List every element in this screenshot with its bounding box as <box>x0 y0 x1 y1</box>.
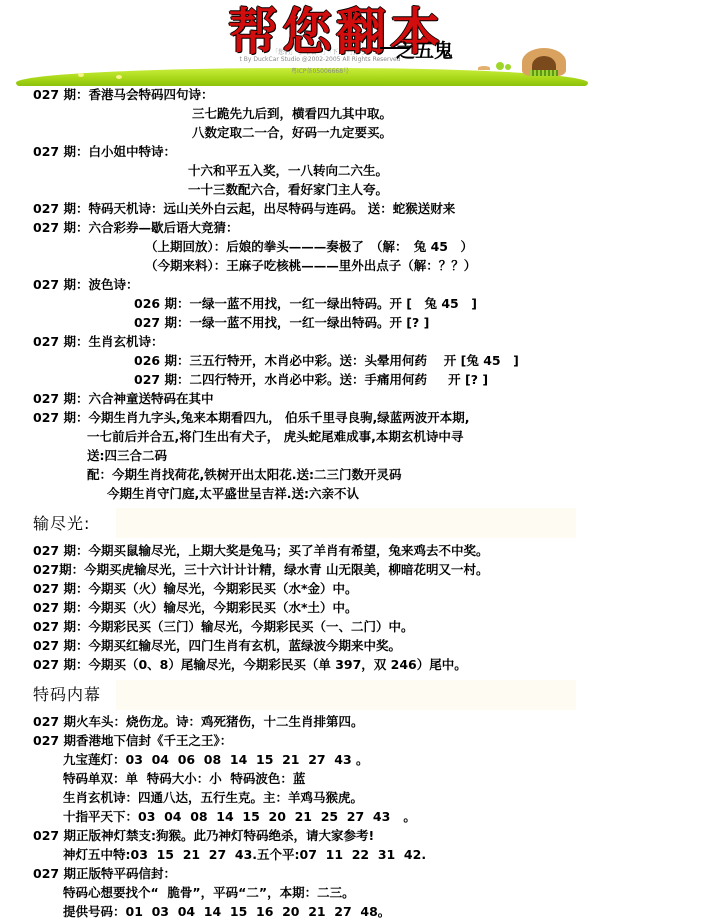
flower-icon <box>78 73 84 77</box>
text-line: 027 期正版神灯禁支:狗猴。此乃神灯特码绝杀，请大家参考! <box>33 827 374 845</box>
text-line: 一七前后并合五,将门生出有犬子， 虎头蛇尾难成事,本期玄机诗中寻 <box>87 428 463 446</box>
text-line: 027 期：特码天机诗：远山关外白云起，出尽特码与连码。 送：蛇猴送财来 <box>33 200 455 218</box>
text-line: 配：今期生肖找荷花,铁树开出太阳花.送:二三门数开灵码 <box>87 466 402 484</box>
text-line: 027 期正版特平码信封： <box>33 865 176 883</box>
text-line: 027 期：今期买（0、8）尾输尽光，今期彩民买（单 397，双 246）尾中。 <box>33 656 467 674</box>
text-line: 027期：今期买虎输尽光，三十六计计计精，绿水青 山无限美，柳暗花明又一村。 <box>33 561 488 579</box>
text-line: 生肖玄机诗：四通八达，五行生克。主：羊鸡马猴虎。 <box>63 789 363 807</box>
text-line: 八数定取二一合，好码一九定要买。 <box>192 124 392 142</box>
banner-subtitle: 之五鬼 <box>396 36 453 63</box>
text-line: （上期回放）：后娘的拳头———奏极了 （解： 兔 45 ） <box>145 238 473 256</box>
text-line: 十六和平五入奖，一八转向二六生。 <box>188 162 388 180</box>
text-line: 027 期：白小姐中特诗： <box>33 143 176 161</box>
text-line: 送:四三合二码 <box>87 447 167 465</box>
tree-icon <box>505 64 511 70</box>
text-line: 027 期：二四行特开，水肖必中彩。送：手痛用何药 开 [? ] <box>134 371 488 389</box>
text-line: （今期来料）：王麻子吃核桃———里外出点子（解：？？） <box>145 257 476 275</box>
text-line: 027 期：今期彩民买（三门）输尽光，今期彩民买（一、二门）中。 <box>33 618 413 636</box>
text-line: 026 期：三五行特开，木肖必中彩。送：头晕用何药 开 [兔 45 ] <box>134 352 519 370</box>
text-line: 027 期：波色诗： <box>33 276 138 294</box>
text-line: 026 期：一绿一蓝不用找，一红一绿出特码。开 [ 兔 45 ] <box>134 295 477 313</box>
bear-house-icon <box>516 48 572 78</box>
text-line: 027 期：一绿一蓝不用找，一红一绿出特码。开 [? ] <box>134 314 429 332</box>
text-line: 027 期火车头：烧伤龙。诗：鸡死猪伤，十二生肖排第四。 <box>33 713 363 731</box>
text-line: 027 期：今期买红输尽光，四门生肖有玄机，蓝绿波今期来中奖。 <box>33 637 401 655</box>
text-line: 027 期：六合彩券—歇后语大竞猜： <box>33 219 238 237</box>
text-line: 九宝莲灯：03 04 06 08 14 15 21 27 43 。 <box>63 751 369 769</box>
section-band-lose <box>116 508 576 538</box>
text-line: 十指平天下：03 04 08 14 15 20 21 25 27 43 。 <box>63 808 416 826</box>
header-banner: 「您们」「」事备「」「下」」「」」「」 t By DuckCar Studio … <box>0 0 600 88</box>
text-line: 一十三数配六合，看好家门主人夸。 <box>188 181 388 199</box>
text-line: 特码单双：单 特码大小：小 特码波色：蓝 <box>63 770 305 788</box>
mushroom-icon <box>478 66 490 70</box>
text-line: 027 期：生肖玄机诗： <box>33 333 163 351</box>
flower-icon <box>116 75 122 79</box>
text-line: 提供号码：01 03 04 14 15 16 20 21 27 48。 <box>63 903 390 921</box>
text-line: 今期生肖守门庭,太平盛世呈吉祥.送:六亲不认 <box>107 485 359 503</box>
text-line: 027 期香港地下信封《千王之王》： <box>33 732 232 750</box>
text-line: 027 期：今期买（火）输尽光，今期彩民买（水*金）中。 <box>33 580 357 598</box>
text-line: 027 期：今期生肖九字头,兔来本期看四九， 伯乐千里寻良驹,绿蓝两波开本期, <box>33 409 470 427</box>
text-line: 027 期：六合神童送特码在其中 <box>33 390 213 408</box>
text-line: 三七跪先九后到，横看四九其中取。 <box>192 105 392 123</box>
text-line: 027 期：香港马会特码四句诗： <box>33 86 213 104</box>
text-line: 神灯五中特:03 15 21 27 43.五个平:07 11 22 31 42. <box>63 846 426 864</box>
section-band-inside <box>116 680 576 710</box>
tree-icon <box>496 62 504 70</box>
text-line: 027 期：今期买鼠输尽光，上期大奖是兔马；买了羊肖有希望，兔来鸡去不中奖。 <box>33 542 488 560</box>
section-heading-inside: 特码内幕 <box>33 685 101 705</box>
section-heading-lose: 输尽光: <box>33 514 90 534</box>
text-line: 特码心想要找个“ 脆骨”，平码“二”，本期：二三。 <box>63 884 355 902</box>
text-line: 027 期：今期买（火）输尽光，今期彩民买（水*土）中。 <box>33 599 357 617</box>
banner-caption-3: 粤ICP备05006668号 <box>200 66 440 75</box>
